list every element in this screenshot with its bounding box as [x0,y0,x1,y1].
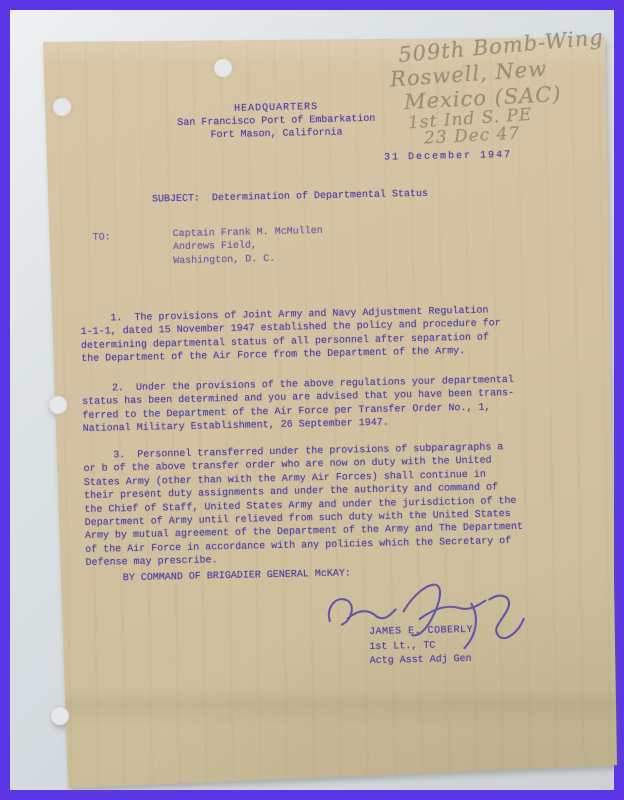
punch-hole-middle-left [49,396,67,414]
document-paper: 509th Bomb-Wing Roswell, New Mexico (SAC… [28,22,624,797]
subject-label: SUBJECT: [152,194,200,206]
punch-hole-upper-left [53,98,71,116]
subject-line: SUBJECT:Determination of Departmental St… [92,175,429,222]
paragraph-3: 3. Personnel transferred under the provi… [83,440,563,571]
letter-date: 31 December 1947 [384,149,512,165]
subject-text: Determination of Departmental Status [212,189,428,205]
letter-body: HEADQUARTERS San Francisco Port of Embar… [19,11,624,798]
punch-hole-top [214,59,232,77]
paragraph-2: 2. Under the provisions of the above reg… [82,373,561,437]
to-label: TO: [93,231,111,245]
signature-ink [323,572,545,657]
punch-hole-lower-left [51,707,69,725]
paragraph-1: 1. The provisions of Joint Army and Navy… [80,303,559,367]
command-line: BY COMMAND OF BRIGADIER GENERAL McKAY: [123,567,351,585]
photo-frame: 509th Bomb-Wing Roswell, New Mexico (SAC… [0,0,624,800]
addressee-block: Captain Frank M. McMullen Andrews Field,… [173,225,324,268]
photo-background: 509th Bomb-Wing Roswell, New Mexico (SAC… [10,10,614,790]
